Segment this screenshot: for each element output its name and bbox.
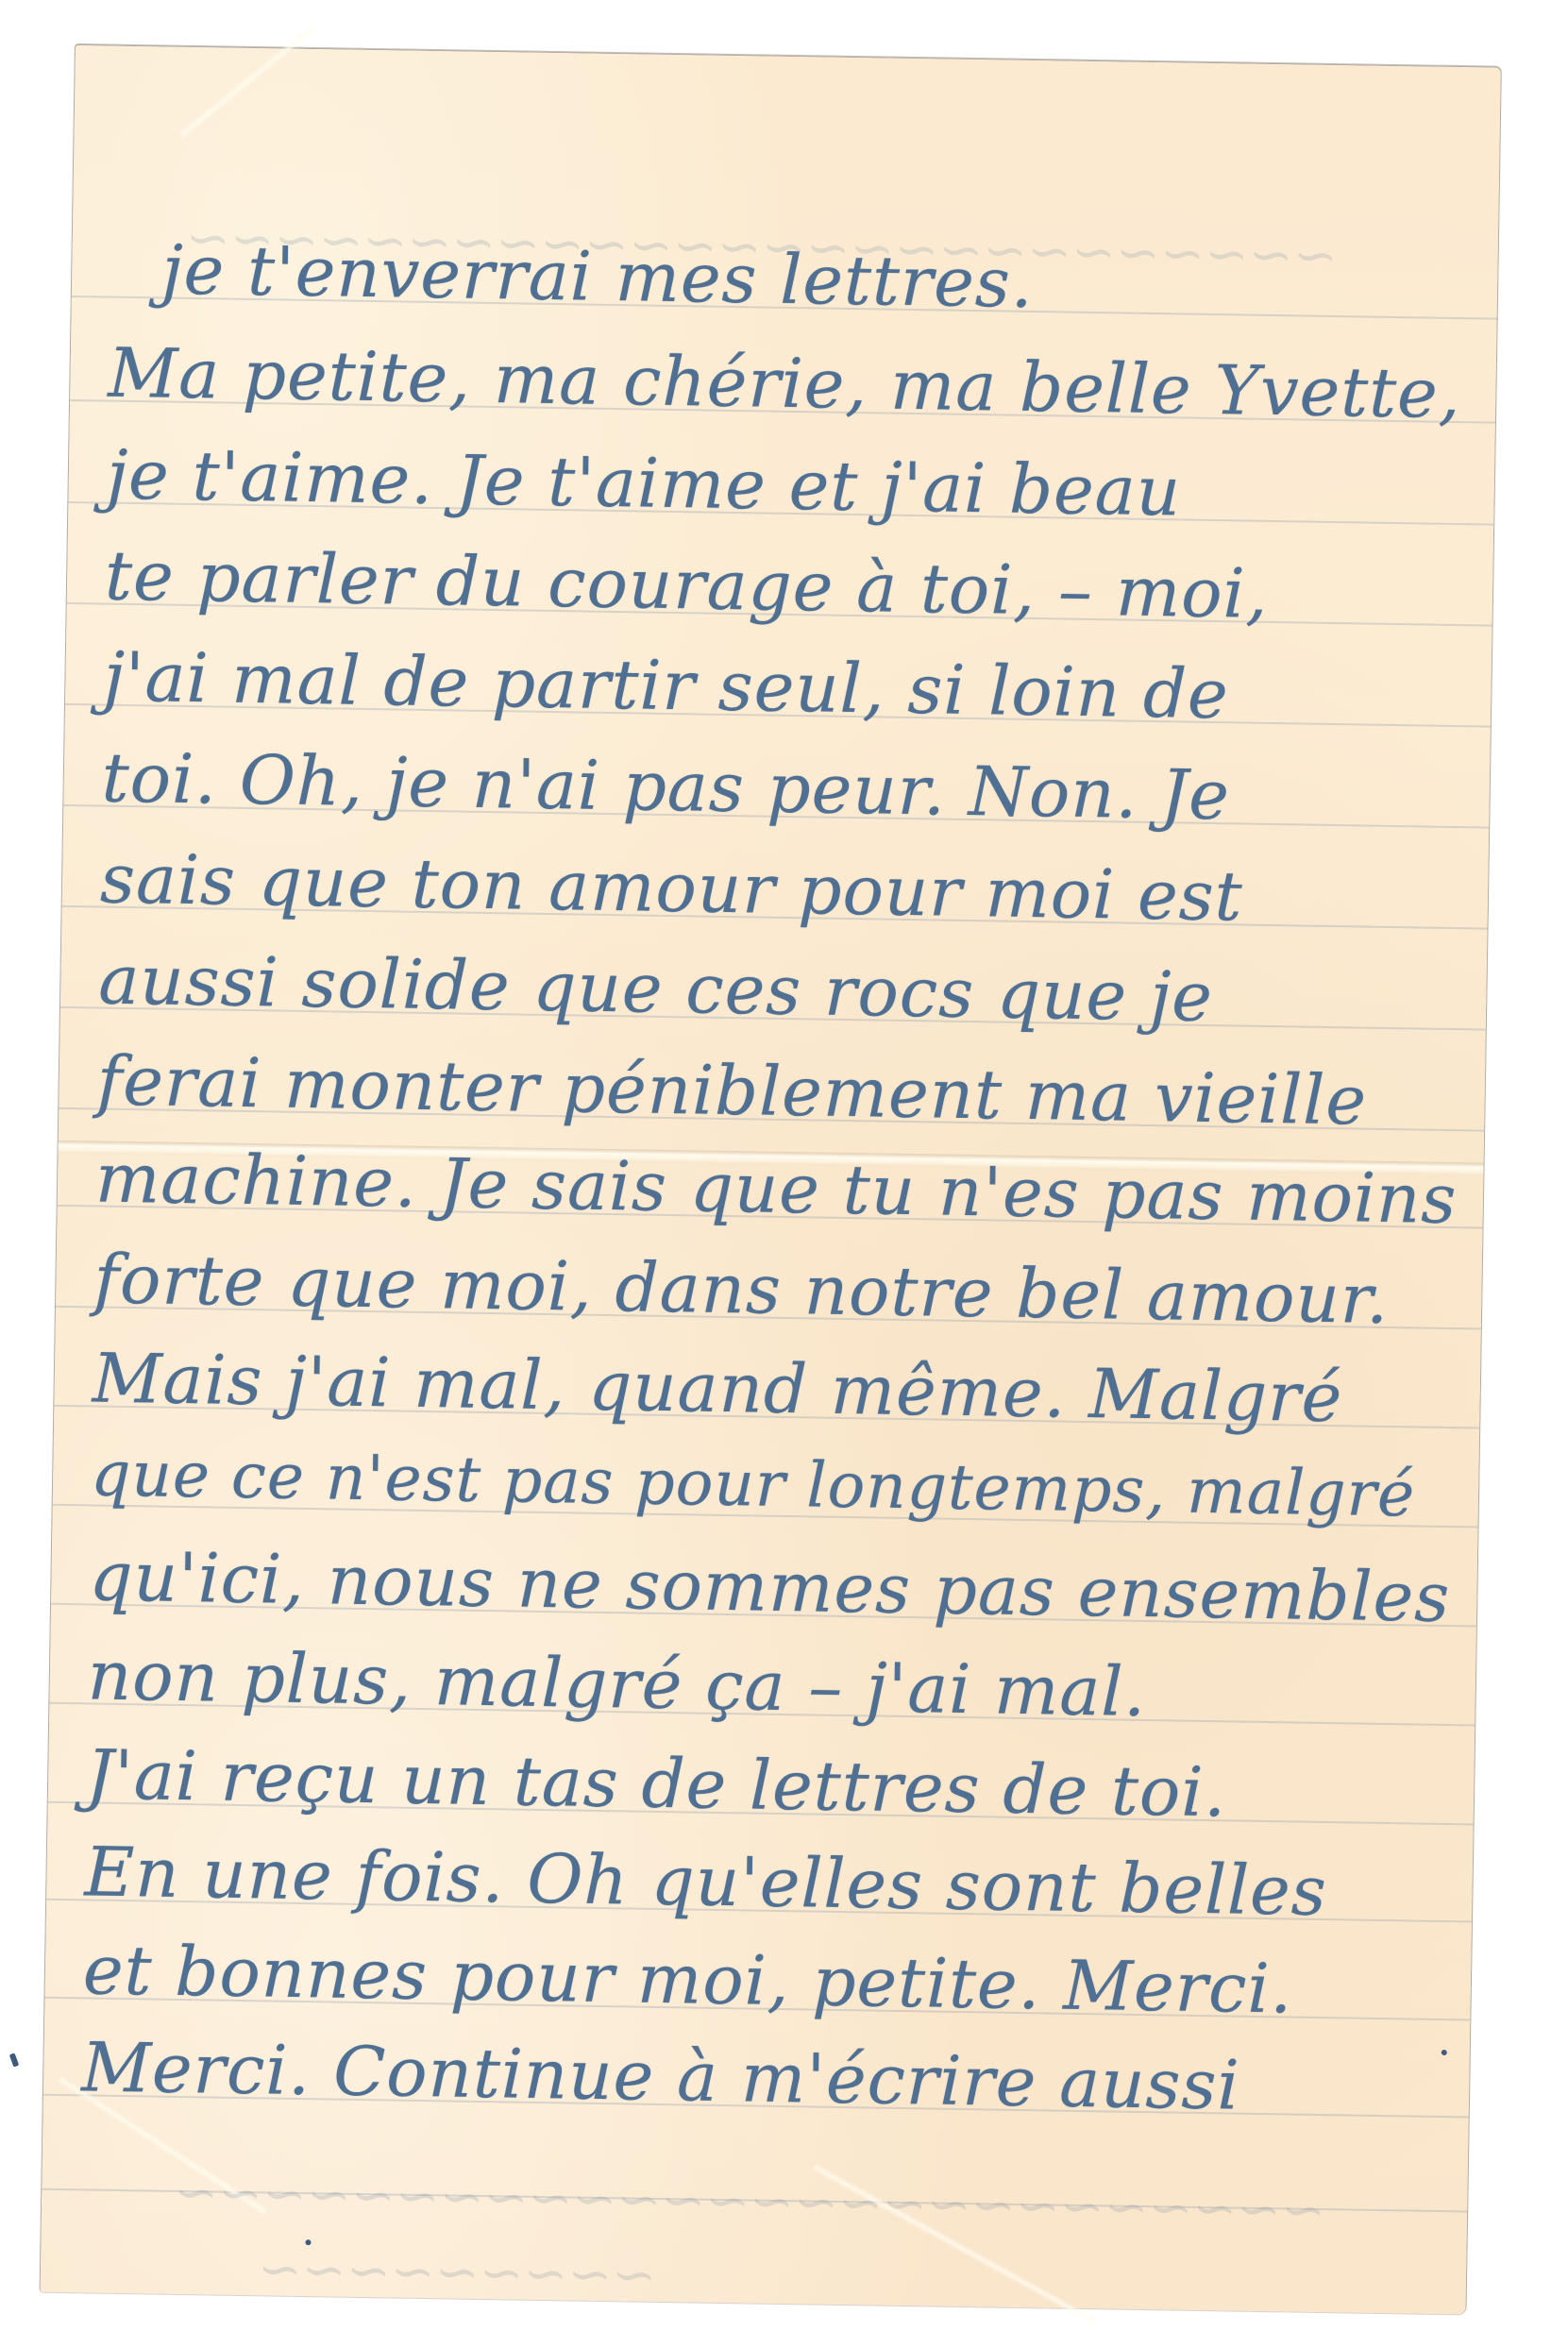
handwritten-line: et bonnes pour moi, petite. Merci. <box>82 1935 1293 2022</box>
handwritten-line: forte que moi, dans notre bel amour. <box>93 1244 1390 1333</box>
letter-body: je t'enverrai mes lettres. Ma petite, ma… <box>41 45 1501 2314</box>
handwritten-line: qu'ici, nous ne sommes pas ensembles <box>89 1542 1451 1631</box>
handwritten-line: machine. Je sais que tu n'es pas moins <box>95 1143 1458 1233</box>
margin-ink-mark <box>9 2052 19 2067</box>
handwritten-line: Merci. Continue à m'écrire aussi <box>81 2033 1240 2119</box>
handwritten-line: aussi solide que ces rocs que je <box>98 946 1214 1032</box>
handwritten-line: je t'aime. Je t'aime et j'ai beau <box>106 441 1181 526</box>
handwritten-line: En une fois. Oh qu'elles sont belles <box>84 1837 1327 1925</box>
handwritten-line: te parler du courage à toi, – moi, <box>105 542 1269 628</box>
handwritten-line: j'ai mal de partir seul, si loin de <box>103 643 1229 729</box>
ink-dot <box>1442 2050 1447 2055</box>
handwritten-line: toi. Oh, je n'ai pas peur. Non. Je <box>101 744 1230 830</box>
handwritten-line: non plus, malgré ça – j'ai mal. <box>87 1641 1147 1726</box>
handwritten-line: Mais j'ai mal, quand même. Malgré <box>92 1343 1343 1431</box>
handwritten-line: J'ai reçu un tas de lettres de toi. <box>86 1740 1227 1826</box>
handwritten-line: Ma petite, ma chérie, ma belle Yvette, <box>108 339 1461 429</box>
letter-paper: ~~~~~~~~~~~~~~~~~~~~~~~~~~ ~~~~~~~~~~~~~… <box>41 45 1501 2314</box>
ink-dot <box>305 2239 311 2245</box>
handwritten-line: que ce n'est pas pour longtemps, malgré <box>91 1443 1416 1526</box>
handwritten-line: sais que ton amour pour moi est <box>100 845 1244 931</box>
handwritten-line: je t'enverrai mes lettres. <box>161 235 1035 316</box>
handwritten-line: ferai monter péniblement ma vieille <box>96 1046 1367 1134</box>
